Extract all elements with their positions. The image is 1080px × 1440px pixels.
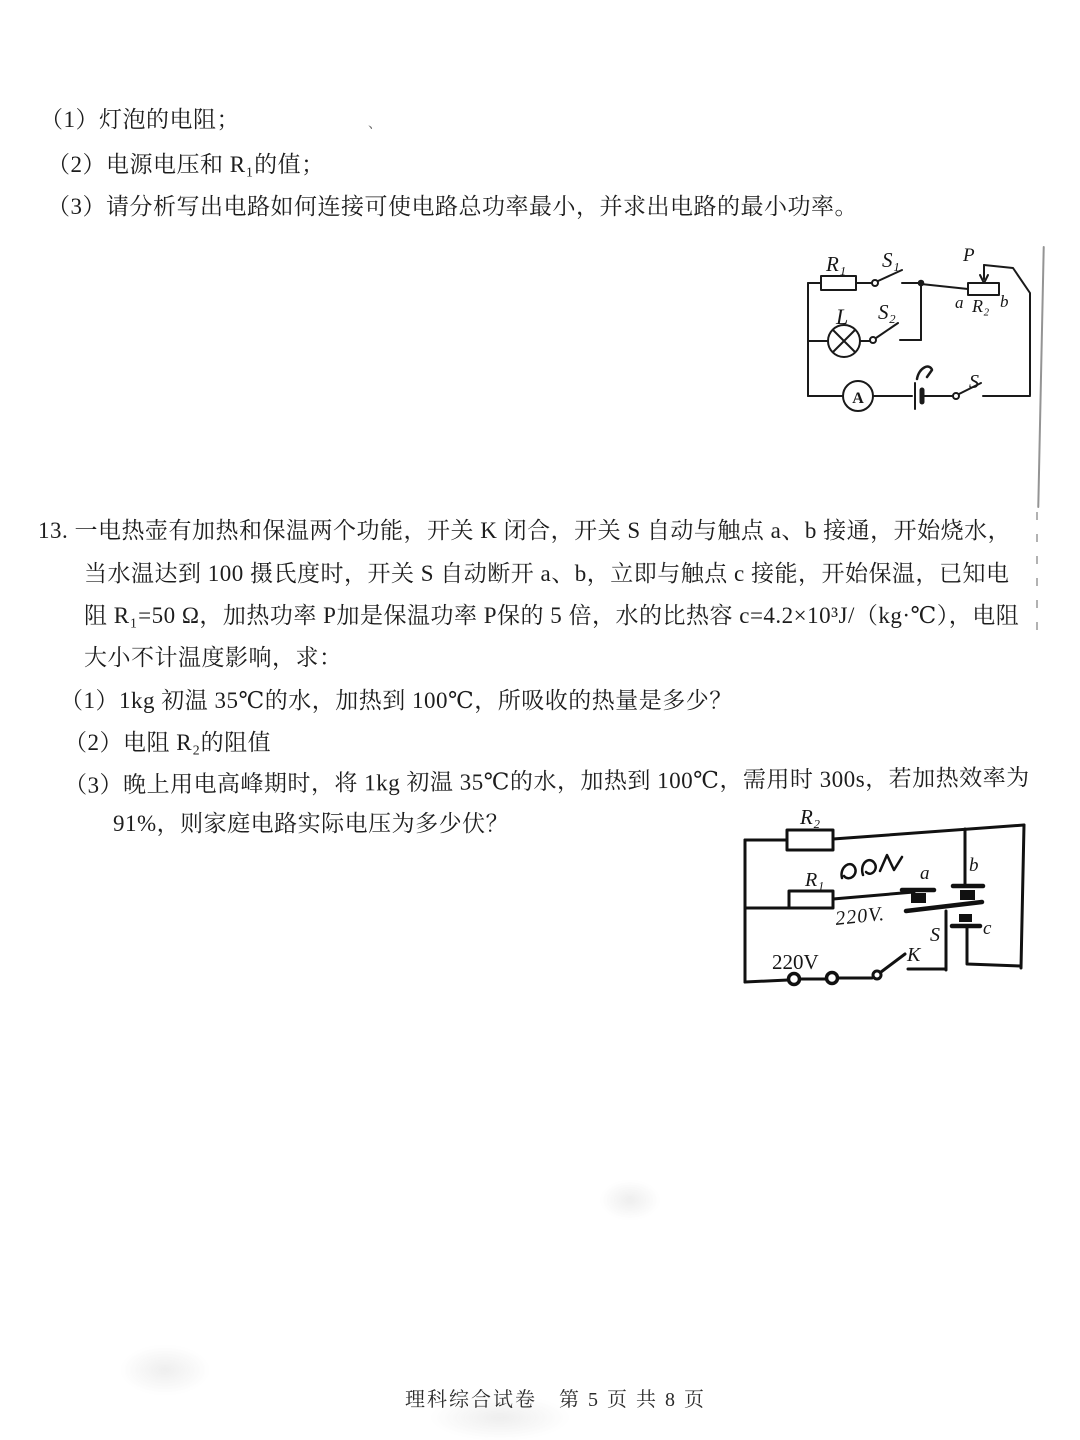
- switch-s-blade: [906, 902, 982, 911]
- wire-right-rail: [984, 265, 1030, 395]
- q13-line-1: 13. 一电热壶有加热和保温两个功能，开关 K 闭合，开关 S 自动与触点 a、…: [38, 517, 1011, 546]
- label-p: P: [962, 245, 975, 266]
- label-s2: S₂: [878, 300, 896, 324]
- bleed-smudge: [600, 1180, 660, 1220]
- exam-page: （1）灯泡的电阻； （2）电源电压和 R₁的值； （3）请分析写出电路如何连接可…: [0, 0, 1080, 1440]
- label-a: a: [920, 863, 930, 884]
- q13-sub-1: （1）1kg 初温 35℃的水，加热到 100℃，所吸收的热量是多少？: [60, 687, 733, 716]
- label-supply-voltage: 220V: [772, 950, 819, 974]
- q13-sub-3b: 91%，则家庭电路实际电压为多少伏？: [113, 810, 509, 839]
- contact-b-blob: [960, 890, 975, 900]
- wire-right-rail: [1021, 825, 1024, 968]
- rheostat-r2: [968, 283, 999, 295]
- handwritten-voltage: 220V.: [834, 903, 886, 930]
- q13-line-3: 阻 R₁=50 Ω，加热功率 P加是保温功率 P保的 5 倍，水的比热容 c=4…: [84, 602, 1019, 631]
- wire: [921, 284, 968, 289]
- supply-terminal-1: [789, 974, 800, 985]
- label-r2: R₂: [799, 805, 820, 829]
- label-s: S: [969, 371, 979, 393]
- label-b: b: [969, 855, 979, 876]
- label-r1: R₁: [804, 869, 824, 891]
- handwritten-scribble: [880, 855, 902, 871]
- q13-line-4: 大小不计温度影响，求：: [84, 644, 343, 673]
- intro-item-1: （1）灯泡的电阻；: [40, 106, 240, 135]
- wire: [745, 980, 788, 982]
- scan-speck: 、: [368, 113, 382, 133]
- lamp-cross: [833, 330, 855, 352]
- label-k: K: [906, 944, 922, 966]
- label-r1: R₁: [825, 252, 846, 276]
- q13-sub-2: （2）电阻 R₂的阻值: [64, 729, 271, 758]
- q13-sub-3a: （3）晚上用电高峰期时，将 1kg 初温 35℃的水，加热到 100℃，需用时 …: [64, 764, 1030, 800]
- circuit-diagram-1: R₁ S₁ L S₂ P a R₂ b A S: [790, 240, 1050, 465]
- resistor-r2: [787, 830, 833, 850]
- bleed-smudge: [120, 1345, 210, 1395]
- label-c: c: [983, 918, 992, 939]
- wire: [833, 892, 914, 899]
- wire-top: [833, 825, 1024, 839]
- label-b: b: [1000, 292, 1009, 311]
- label-a: a: [955, 293, 964, 312]
- contact-a-blob: [911, 893, 926, 903]
- supply-terminal-2: [827, 973, 838, 984]
- intro-item-2: （2）电源电压和 R₁的值；: [47, 151, 325, 180]
- resistor-r1: [821, 276, 856, 290]
- handwritten-scribble: [862, 860, 876, 875]
- label-r2: R₂: [971, 296, 989, 316]
- label-lamp: L: [835, 304, 848, 329]
- contact-c-blob: [959, 914, 972, 922]
- switch-s2-lever: [876, 323, 898, 338]
- circuit-diagram-2: R₂ R₁ a b c S K 220V 220V.: [722, 798, 1054, 1016]
- label-s1: S₁: [882, 248, 900, 272]
- page-footer: 理科综合试卷 第 5 页 共 8 页: [405, 1383, 706, 1412]
- label-ammeter: A: [852, 390, 864, 407]
- handwritten-scribble: [842, 864, 856, 878]
- switch-k-lever: [881, 954, 905, 972]
- resistor-r1: [789, 891, 833, 908]
- label-s: S: [930, 924, 940, 946]
- scan-artifact-dashes: [1036, 512, 1038, 632]
- intro-item-3: （3）请分析写出电路如何连接可使电路总功率最小，并求出电路的最小功率。: [47, 193, 858, 222]
- wire-contact-c: [967, 928, 1021, 966]
- handwritten-tick: [917, 367, 932, 379]
- q13-line-2: 当水温达到 100 摄氏度时，开关 S 自动断开 a、b，立即与触点 c 接能，…: [84, 560, 1009, 589]
